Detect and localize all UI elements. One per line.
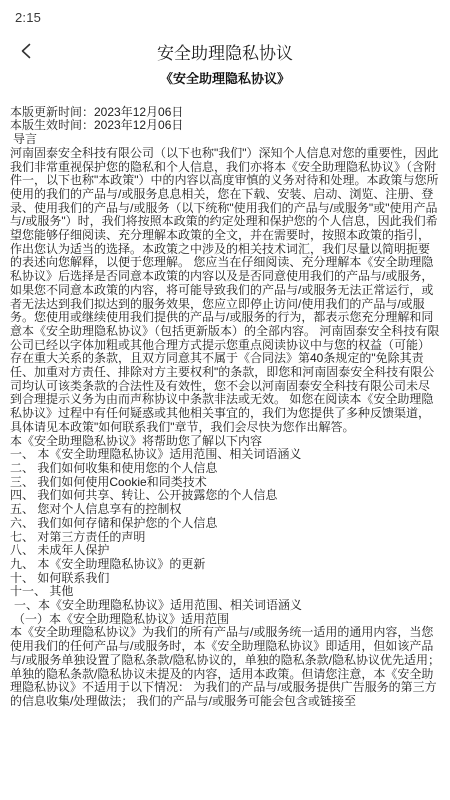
version-dates: 本版更新时间：2023年12月06日 本版生效时间：2023年12月06日 [10,106,440,133]
header: 安全助理隐私协议 [0,30,450,72]
toc-item: 五、 您对个人信息享有的控制权 [10,503,440,517]
preface-paragraph: 河南固泰安全科技有限公司（以下也称"我们"）深知个人信息对您的重要性，因此我们非… [10,147,440,435]
back-button[interactable] [14,38,40,64]
document-body[interactable]: 《安全助理隐私协议》 本版更新时间：2023年12月06日 本版生效时间：202… [0,72,450,800]
status-time: 2:15 [15,10,41,25]
toc-item: 一、 本《安全助理隐私协议》适用范围、相关词语涵义 [10,448,440,462]
toc-item: 十一、 其他 [10,585,440,599]
document-title: 《安全助理隐私协议》 [10,72,440,86]
status-bar: 2:15 [0,0,450,30]
toc-item: 六、 我们如何存储和保护您的个人信息 [10,517,440,531]
toc-item: 二、 我们如何收集和使用您的个人信息 [10,462,440,476]
toc-item: 九、 本《安全助理隐私协议》的更新 [10,558,440,572]
section-1-1-paragraph: 本《安全助理隐私协议》为我们的所有产品与/或服务统一适用的通用内容，当您使用我们… [10,626,440,708]
page-title: 安全助理隐私协议 [50,39,400,64]
toc-item: 八、 未成年人保护 [10,544,440,558]
section-1-heading: 一、本《安全助理隐私协议》适用范围、相关词语涵义 [10,599,440,613]
toc-list: 一、 本《安全助理隐私协议》适用范围、相关词语涵义 二、 我们如何收集和使用您的… [10,448,440,599]
toc-item: 十、 如何联系我们 [10,572,440,586]
preface-heading: 导言 [10,133,440,147]
chevron-left-icon [18,42,36,60]
effective-date-line: 本版生效时间：2023年12月06日 [10,119,440,133]
screen: 2:15 安全助理隐私协议 《安全助理隐私协议》 本版更新时间：2023年12月… [0,0,450,800]
